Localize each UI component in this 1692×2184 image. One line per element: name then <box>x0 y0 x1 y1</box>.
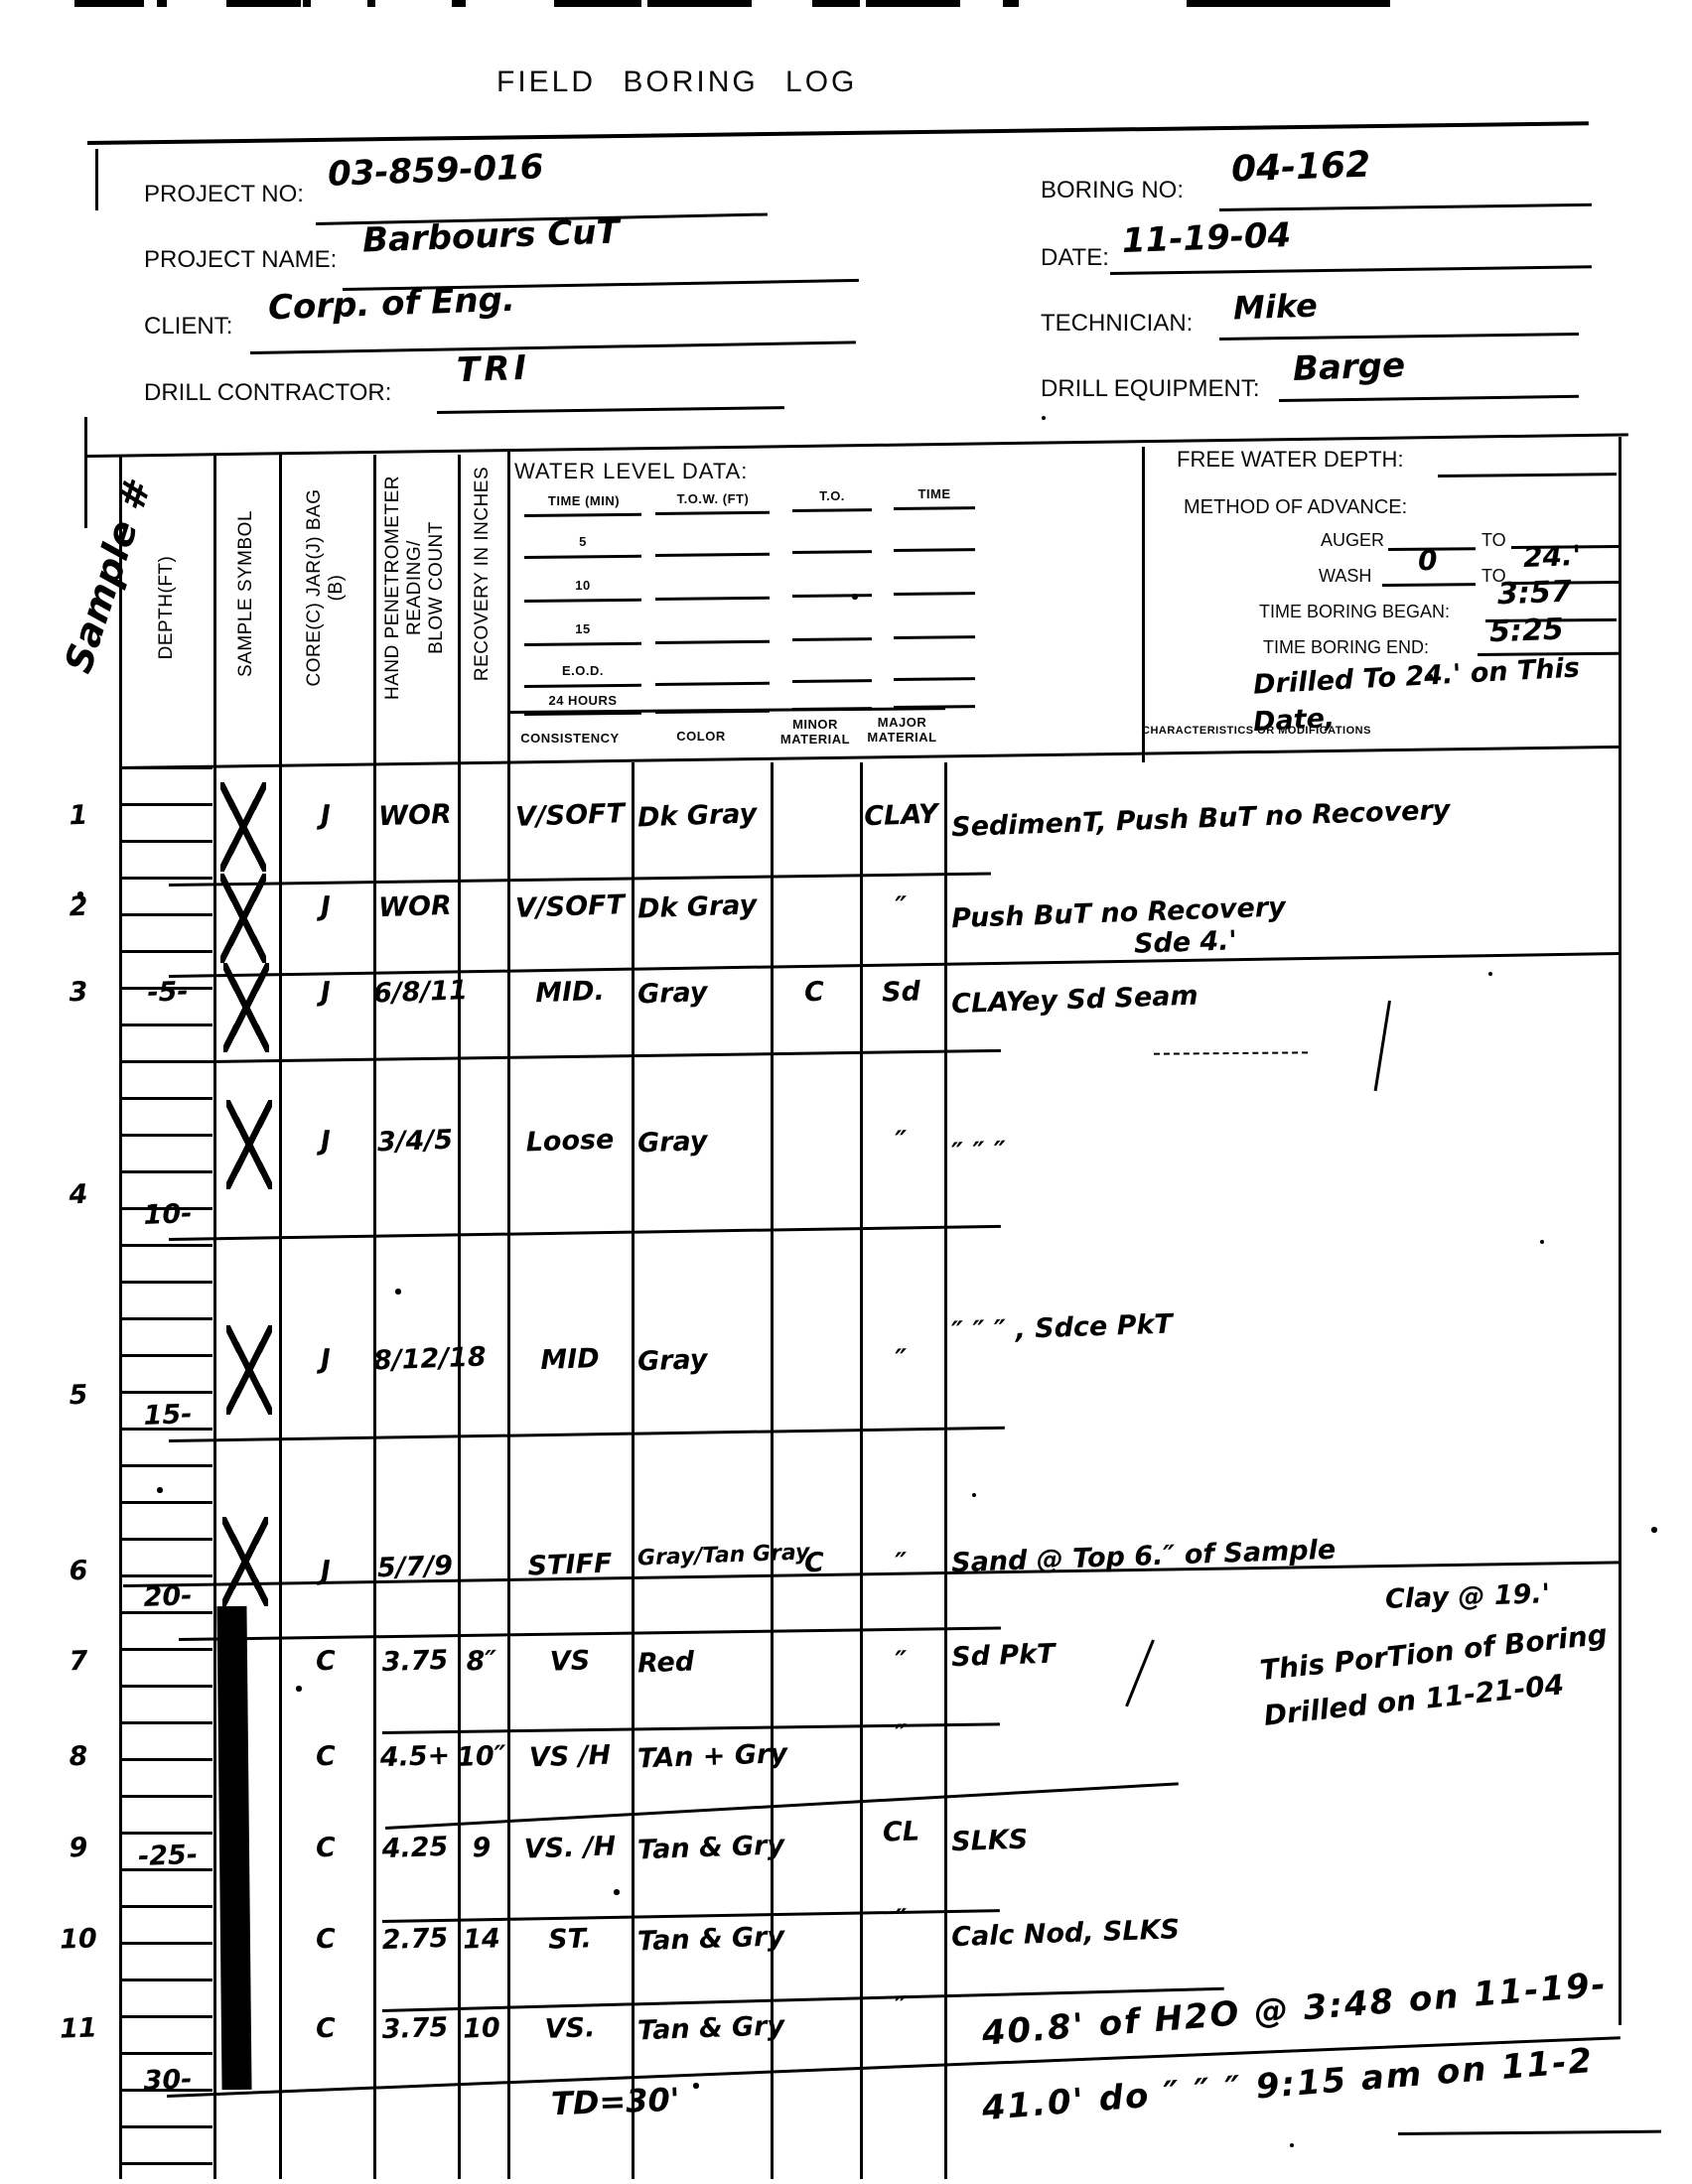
sample-margin-note: Sample # <box>50 458 165 698</box>
minor-line2: MATERIAL <box>773 732 858 747</box>
form-title: FIELD BORING LOG <box>496 66 857 99</box>
title-rule <box>87 121 1589 145</box>
col-header-pen-line1: HAND PENETROMETER <box>382 459 404 717</box>
consistency-value: Loose <box>507 1124 632 1159</box>
col-header-core-jar-bag: CORE(C) JAR(J) BAG (B) <box>304 464 348 712</box>
wl-underline <box>524 599 641 603</box>
col-header-color: COLOR <box>635 729 767 744</box>
sample-number: 9 <box>43 1832 113 1864</box>
color-value: Gray/Tan Gray <box>637 1542 777 1571</box>
wl-underline <box>524 684 641 688</box>
wash-label: WASH <box>1319 566 1371 587</box>
wl-underline <box>524 642 641 646</box>
scan-artifact <box>226 0 301 7</box>
scan-artifact <box>647 0 752 7</box>
major-material-ditto: ″ <box>859 1645 942 1679</box>
core-jar-value: C <box>283 1832 367 1865</box>
core-jar-value: J <box>283 890 367 924</box>
blow-count-value: 8/12/18 <box>372 1343 457 1377</box>
boring-no-value: 04-162 <box>1230 145 1371 191</box>
wl-underline <box>792 637 872 641</box>
advance-note-line1: Drilled To 24.' on This <box>1252 652 1580 700</box>
consistency-value: V/SOFT <box>507 798 632 833</box>
wash-to-value: 24.' <box>1522 539 1581 574</box>
auger-label: AUGER <box>1321 530 1384 551</box>
major-line2: MATERIAL <box>862 730 942 745</box>
col-header-minor-material: MINOR MATERIAL <box>773 717 858 747</box>
wl-underline <box>524 555 641 559</box>
drill-contractor-label: DRILL CONTRACTOR: <box>144 379 391 407</box>
core-jar-value: J <box>283 1343 367 1377</box>
scan-artifact <box>812 0 860 7</box>
core-jar-value: C <box>283 1740 367 1774</box>
scan-artifact <box>1003 0 1019 7</box>
log-row-4: 4 10- J 3/4/5 Loose Gray ″ ″ ″ ″ <box>0 1120 1692 1215</box>
col-header-depth: DEPTH(FT) <box>156 474 178 742</box>
wl-col-time: TIME <box>894 486 975 501</box>
wl-row-5: 5 <box>524 534 641 549</box>
boring-no-label: BORING NO: <box>1041 177 1184 205</box>
sample-number: 10 <box>43 1923 113 1956</box>
core-jar-value: J <box>283 799 367 833</box>
wl-underline <box>655 682 770 686</box>
sample-number: 1 <box>43 799 113 832</box>
sample-number: 4 <box>43 1178 113 1211</box>
major-material-value: CLAY <box>859 799 942 833</box>
field-underline <box>1110 265 1592 275</box>
row-separator <box>169 1225 1001 1241</box>
description-value: SedimenT, Push BuT no Recovery <box>951 788 1647 843</box>
project-name-value: Barbours CuT <box>361 211 620 260</box>
wl-underline <box>894 548 975 552</box>
description-ditto: ″ ″ ″ <box>951 1114 1647 1168</box>
wl-underline <box>655 553 770 557</box>
col-header-sample-symbol: SAMPLE SYMBOL <box>235 460 257 728</box>
core-jar-value: C <box>283 1923 367 1957</box>
client-label: CLIENT: <box>144 313 232 341</box>
date-value: 11-19-04 <box>1121 215 1291 261</box>
penetrometer-value: 3.75 <box>372 1645 457 1679</box>
col-header-penetrometer: HAND PENETROMETER READING/ BLOW COUNT <box>382 459 448 717</box>
penetrometer-value: WOR <box>372 799 457 833</box>
scan-artifact <box>554 0 641 7</box>
field-underline <box>1219 333 1579 341</box>
client-value: Corp. of Eng. <box>267 280 515 329</box>
description-value: ″ ″ ″ , Sdce PkT <box>951 1293 1647 1347</box>
penetrometer-value: 4.25 <box>372 1832 457 1865</box>
sample-number: 5 <box>43 1379 113 1412</box>
wl-row-15: 15 <box>524 621 641 636</box>
time-began-value: 3:57 <box>1496 575 1572 613</box>
major-material-value: Sd <box>859 976 942 1010</box>
core-jar-value: J <box>283 976 367 1010</box>
technician-value: Mike <box>1232 287 1318 328</box>
col-header-core-jar-bag-line2: (B) <box>326 464 348 712</box>
blow-count-value: 3/4/5 <box>372 1125 457 1159</box>
major-material-ditto: ″ <box>859 1903 942 1937</box>
scan-artifact <box>74 0 144 7</box>
drill-equipment-value: Barge <box>1292 345 1405 389</box>
col-header-recovery: RECOVERY IN INCHES <box>472 435 493 713</box>
major-material-value: CL <box>859 1816 942 1849</box>
major-line1: MAJOR <box>862 715 942 730</box>
sample-number: 8 <box>43 1740 113 1773</box>
col-header-sample-symbol-label: SAMPLE SYMBOL <box>235 460 257 728</box>
wl-underline <box>655 597 770 601</box>
depth-label: 30- <box>122 2063 212 2097</box>
wl-underline <box>792 550 872 554</box>
consistency-value: VS. /H <box>507 1831 632 1865</box>
time-began-label: TIME BORING BEGAN: <box>1259 602 1450 622</box>
sample-number: 7 <box>43 1645 113 1678</box>
drill-equipment-label: DRILL EQUIPMENT: <box>1041 375 1260 403</box>
description-value: Push BuT no Recovery <box>951 880 1647 934</box>
major-material-ditto: ″ <box>859 1343 942 1377</box>
field-underline <box>1219 204 1592 211</box>
scan-artifact <box>157 0 167 7</box>
wl-underline <box>894 677 975 681</box>
wl-underline <box>792 679 872 683</box>
core-jar-value: J <box>283 1125 367 1159</box>
left-edge-mark <box>84 417 87 528</box>
minor-line1: MINOR <box>773 717 858 732</box>
scan-specks <box>0 0 2 2</box>
color-value: Dk Gray <box>637 798 777 834</box>
consistency-value: V/SOFT <box>507 889 632 924</box>
col-header-characteristics: CHARACTERISTICS OR MODIFICATIONS <box>1142 725 1371 737</box>
consistency-value: VS. <box>507 2011 632 2046</box>
wl-row-eod: E.O.D. <box>524 663 641 678</box>
color-value: Tan & Gry <box>637 1831 777 1866</box>
col-header-pen-line3: BLOW COUNT <box>426 459 448 717</box>
consistency-value: ST. <box>507 1922 632 1957</box>
sample-number: 6 <box>43 1555 113 1587</box>
wl-underline <box>524 513 641 517</box>
description-line2: Clay @ 19.' <box>1385 1578 1551 1615</box>
core-jar-value: C <box>283 1645 367 1679</box>
project-no-value: 03-859-016 <box>327 147 544 195</box>
depth-label: 10- <box>122 1197 212 1231</box>
color-value: TAn + Gry <box>637 1739 777 1775</box>
depth-label: -5- <box>122 975 212 1009</box>
scan-artifact <box>367 0 375 7</box>
depth-label: -25- <box>122 1839 212 1872</box>
consistency-value: MID. <box>507 975 632 1010</box>
minor-material-value: C <box>770 975 858 1009</box>
date-label: DATE: <box>1041 244 1109 272</box>
project-name-label: PROJECT NAME: <box>144 246 337 274</box>
technician-label: TECHNICIAN: <box>1041 310 1193 338</box>
wl-col-to: T.O. <box>792 488 872 503</box>
col-header-pen-line2: READING/ <box>404 459 426 717</box>
major-material-ditto: ″ <box>859 890 942 924</box>
major-material-ditto: ″ <box>859 1125 942 1159</box>
consistency-value: MID <box>507 1342 632 1377</box>
wl-row-24h: 24 HOURS <box>524 693 641 708</box>
penetrometer-value: 3.75 <box>372 2012 457 2046</box>
time-end-value: 5:25 <box>1488 613 1564 650</box>
field-underline <box>437 406 784 414</box>
sample-number: 2 <box>43 890 113 923</box>
left-bracket <box>95 149 98 210</box>
wash-from-value: 0 <box>1417 544 1438 578</box>
color-value: Gray <box>637 975 777 1011</box>
depth-label: 15- <box>122 1398 212 1432</box>
color-value: Dk Gray <box>637 889 777 925</box>
color-value: Tan & Gry <box>637 1922 777 1958</box>
auger-to-label: TO <box>1481 530 1506 551</box>
color-value: Gray <box>637 1342 777 1378</box>
wl-underline <box>655 640 770 644</box>
time-end-label: TIME BORING END: <box>1263 637 1429 658</box>
wl-underline <box>792 594 872 598</box>
description-value: CLAYey Sd Seam <box>951 965 1647 1020</box>
sample-number: 11 <box>43 2012 113 2045</box>
wl-col-time-min: TIME (MIN) <box>524 493 643 508</box>
core-jar-value: C <box>283 2012 367 2046</box>
wl-underline <box>894 635 975 639</box>
color-value: Red <box>637 1644 777 1680</box>
col-header-core-jar-bag-line1: CORE(C) JAR(J) BAG <box>304 464 326 712</box>
field-underline <box>1279 395 1579 402</box>
penetrometer-value: 2.75 <box>372 1923 457 1957</box>
scan-artifact <box>303 0 311 7</box>
water-level-title: WATER LEVEL DATA: <box>514 459 748 484</box>
col-header-major-material: MAJOR MATERIAL <box>862 715 942 745</box>
fwd-underline <box>1438 473 1617 478</box>
field-boring-log-scan: FIELD BORING LOG PROJECT NO: 03-859-016 … <box>0 0 1692 2184</box>
col-header-depth-label: DEPTH(FT) <box>156 474 178 742</box>
grid-vline <box>1142 447 1145 762</box>
wash-from-underline <box>1382 583 1476 587</box>
log-row-5: 5 15- J 8/12/18 MID Gray ″ ″ ″ ″ , Sdce … <box>0 1338 1692 1433</box>
consistency-value: VS <box>507 1644 632 1679</box>
field-underline <box>250 341 856 354</box>
free-water-depth-label: FREE WATER DEPTH: <box>1177 447 1404 473</box>
consistency-value: VS /H <box>507 1739 632 1774</box>
method-of-advance-label: METHOD OF ADVANCE: <box>1184 496 1407 519</box>
sample-number: 3 <box>43 976 113 1009</box>
penetrometer-value: WOR <box>372 890 457 924</box>
wl-underline <box>792 508 872 512</box>
wl-col-tow: T.O.W. (FT) <box>655 491 771 506</box>
recovery-value: 10″ <box>456 1740 506 1773</box>
project-no-label: PROJECT NO: <box>144 181 304 208</box>
scan-artifact <box>1187 0 1390 7</box>
total-depth-note: TD=30' <box>550 2081 680 2122</box>
recovery-value: 14 <box>456 1923 506 1956</box>
color-value: Tan & Gry <box>637 2011 777 2047</box>
drill-contractor-value: TRI <box>456 348 530 391</box>
wl-underline <box>655 511 770 515</box>
wl-underline <box>894 506 975 510</box>
recovery-value: 8″ <box>456 1645 506 1678</box>
penetrometer-value: 4.5+ <box>372 1740 457 1774</box>
wl-row-10: 10 <box>524 578 641 593</box>
strip-bottom-rule <box>119 746 1621 769</box>
recovery-value: 9 <box>456 1832 506 1864</box>
scan-artifact <box>452 0 466 7</box>
col-header-recovery-label: RECOVERY IN INCHES <box>472 435 493 713</box>
scan-artifact <box>866 0 960 7</box>
wl-underline <box>894 592 975 596</box>
recovery-value: 10 <box>456 2012 506 2045</box>
col-header-consistency: CONSISTENCY <box>511 731 629 746</box>
description-line2: Sde 4.' <box>1133 925 1237 960</box>
bottom-right-rule <box>1398 2130 1661 2135</box>
blow-count-value: 6/8/11 <box>372 976 457 1010</box>
color-value: Gray <box>637 1124 777 1160</box>
